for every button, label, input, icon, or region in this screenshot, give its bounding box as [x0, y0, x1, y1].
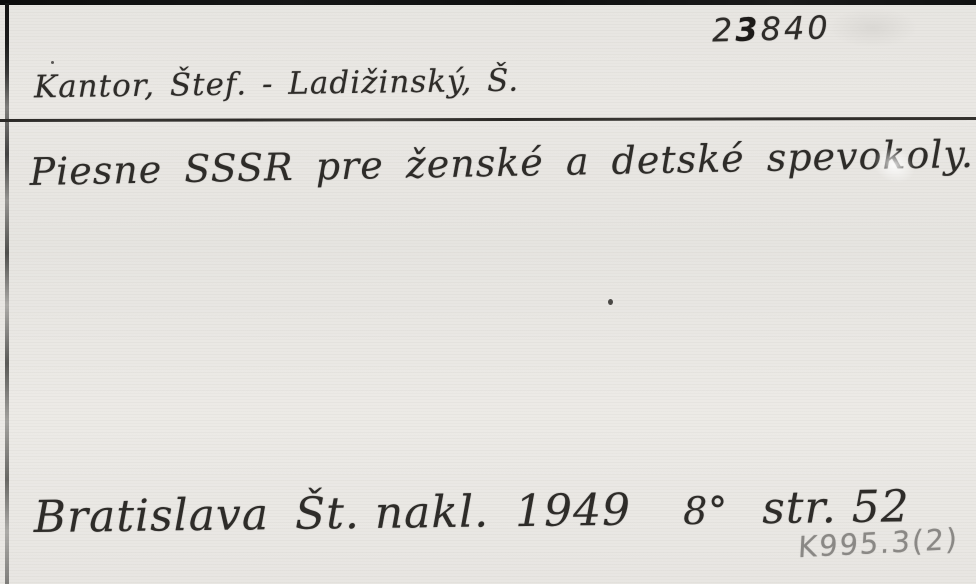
scan-left-edge — [5, 3, 9, 584]
accession-digits: 840 — [760, 8, 831, 48]
imprint-line: Bratislava Št. nakl. 1949 8° str. 52 — [33, 481, 910, 543]
scan-top-edge — [0, 0, 976, 5]
accession-digit: 2 — [712, 11, 736, 50]
imprint-place: Bratislava — [33, 489, 269, 543]
accession-digit-bold: 3 — [735, 10, 761, 49]
catalog-card: 23840 Kantor, Štef. - Ladižinský, Š. Pie… — [0, 0, 976, 584]
separator-rule — [0, 117, 976, 122]
imprint-publisher: Št. nakl. — [295, 486, 490, 539]
ink-dot — [608, 299, 613, 305]
title-line: Piesne SSSR pre ženské a detské spevokol… — [29, 132, 974, 194]
accession-number: 23840 — [712, 8, 832, 49]
author-heading: Kantor, Štef. - Ladižinský, Š. — [34, 63, 520, 106]
imprint-year: 1949 — [515, 485, 632, 537]
paper-scuff — [828, 8, 918, 48]
ink-speck — [51, 61, 54, 64]
call-number: K995.3(2) — [797, 522, 960, 565]
imprint-format: 8° — [683, 489, 729, 534]
